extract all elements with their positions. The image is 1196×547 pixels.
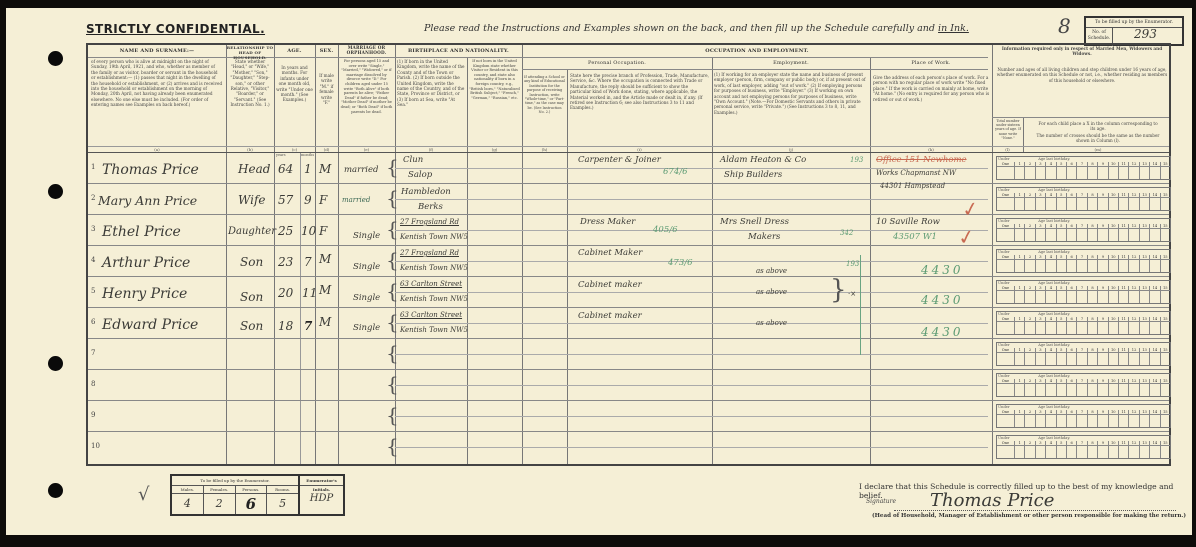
rooms-label: Rooms. xyxy=(267,486,298,493)
age-months[interactable]: 10 xyxy=(301,224,316,238)
age-years[interactable]: 57 xyxy=(278,193,293,207)
enumerator-initials-box: Enumerator's Initials. HDP xyxy=(298,474,345,516)
occupation[interactable]: Dress Maker xyxy=(580,217,635,227)
brace-icon: { xyxy=(386,250,399,270)
header-age: AGE. xyxy=(274,48,315,54)
place-of-work-line1[interactable]: 10 Saville Row xyxy=(876,217,940,227)
females-count[interactable]: 2 xyxy=(204,494,236,514)
brace-icon: { xyxy=(386,157,399,177)
row-number: 2 xyxy=(91,194,95,202)
sex[interactable]: M xyxy=(319,315,331,329)
column-letter: (l) xyxy=(992,147,1023,152)
cross-mark-icon: ·× xyxy=(848,290,856,298)
birthplace-line2[interactable]: Kentish Town NW5 xyxy=(400,326,468,334)
employer-line2[interactable]: Ship Builders xyxy=(724,170,782,180)
person-name[interactable]: Thomas Price xyxy=(102,162,199,178)
persons-label: Persons. xyxy=(236,486,268,493)
child-age-grid: Under Age last birthday.One1234567891011… xyxy=(996,187,1171,211)
age-years[interactable]: 20 xyxy=(278,286,293,300)
header-marriage: MARRIAGE or ORPHANHOOD. xyxy=(338,45,395,55)
females-label: Females. xyxy=(204,486,236,493)
row-number: 5 xyxy=(91,287,95,295)
punch-hole-icon xyxy=(48,356,63,371)
occupation-code: 473/6 xyxy=(668,258,693,268)
row-number: 8 xyxy=(91,380,95,388)
occupation[interactable]: Cabinet maker xyxy=(578,280,642,290)
brace-icon: { xyxy=(386,343,399,363)
age-years[interactable]: 64 xyxy=(278,162,293,176)
signature[interactable]: Thomas Price xyxy=(930,490,1054,511)
age-years-label: years xyxy=(276,153,286,157)
child-age-grid: Under Age last birthday.One1234567891011… xyxy=(996,218,1171,242)
brace-icon: { xyxy=(386,188,399,208)
column-letter: (a) xyxy=(88,147,226,152)
occupation-code: 405/6 xyxy=(653,225,678,235)
column-letter: (f) xyxy=(395,147,467,152)
relationship[interactable]: Son xyxy=(240,290,263,304)
header-children-info: Information required only in respect of … xyxy=(996,46,1168,57)
punch-hole-icon xyxy=(48,483,63,498)
child-age-grid: Under Age last birthday.One1234567891011… xyxy=(996,435,1171,459)
signature-note: (Head of Household, Manager of Establish… xyxy=(872,513,1186,519)
check-mark-icon: ✓ xyxy=(956,224,977,251)
birthplace-line2[interactable]: Kentish Town NW5 xyxy=(400,264,468,272)
header-sex: SEX. xyxy=(315,48,338,54)
column-letter: (b) xyxy=(226,147,274,152)
brace-icon: { xyxy=(386,405,399,425)
household-table: NAME and SURNAME:— RELATIONSHIP to Head … xyxy=(86,43,1171,466)
column-letter: (i) xyxy=(567,147,712,152)
occupation-code: 674/6 xyxy=(663,167,688,177)
brace-icon: { xyxy=(386,374,399,394)
birthplace-line2[interactable]: Kentish Town NW5 xyxy=(400,233,468,241)
green-pencil-line xyxy=(860,255,861,355)
place-of-work-line2[interactable]: 43507 W1 xyxy=(893,232,937,242)
punch-hole-icon xyxy=(48,51,63,66)
brace-icon: { xyxy=(386,436,399,456)
birthplace-line1[interactable]: 63 Carlton Street xyxy=(400,280,462,288)
instructions-child-ages-2: The number of crosses should be the same… xyxy=(1033,133,1163,145)
instructions-age: In years and months. For infants under o… xyxy=(276,65,313,145)
instructions-employment: (1) If working for an employer state the… xyxy=(714,72,868,145)
employer-line1[interactable]: as above xyxy=(756,319,787,327)
marital-status[interactable]: Single xyxy=(353,262,380,272)
instructions-text: Please read the Instructions and Example… xyxy=(424,23,935,34)
place-of-work-line1[interactable]: 4430 xyxy=(921,325,964,339)
sex[interactable]: F xyxy=(319,193,327,207)
brace-icon: { xyxy=(386,312,399,332)
birthplace-line2[interactable]: Salop xyxy=(408,170,432,180)
age-months[interactable]: 11 xyxy=(302,286,317,300)
child-age-grid: Under Age last birthday.One1234567891011… xyxy=(996,280,1171,304)
row-number: 3 xyxy=(91,225,95,233)
employer-line1[interactable]: as above xyxy=(756,288,787,296)
child-age-grid: Under Age last birthday.One1234567891011… xyxy=(996,342,1171,366)
birthplace-line1[interactable]: 27 Frogsland Rd xyxy=(400,249,459,257)
place-of-work-line3[interactable]: 44301 Hampstead xyxy=(880,182,945,190)
row-number: 10 xyxy=(91,442,100,450)
instructions-children: Number and ages of all living children a… xyxy=(996,67,1168,115)
persons-count[interactable]: 6 xyxy=(236,494,268,514)
initials-label: Enumerator's Initials. xyxy=(300,476,343,486)
column-letter: (h) xyxy=(522,147,567,152)
child-age-grid: Under Age last birthday.One1234567891011… xyxy=(996,156,1171,180)
instructions-relationship: State whether "Head," or "Wife," "Mother… xyxy=(228,59,272,145)
person-name[interactable]: Ethel Price xyxy=(102,224,181,240)
form-title: STRICTLY CONFIDENTIAL. xyxy=(86,22,265,36)
place-of-work-line2[interactable]: Works Chapmanst NW xyxy=(876,169,956,177)
employer-line1[interactable]: Mrs Snell Dress xyxy=(720,217,789,227)
enumerator-initials[interactable]: HDP xyxy=(300,486,343,512)
employment-code: 342 xyxy=(840,229,853,237)
census-schedule-page: STRICTLY CONFIDENTIAL. Please read the I… xyxy=(6,8,1192,535)
relationship[interactable]: Son xyxy=(240,255,263,269)
header-relationship: RELATIONSHIP to Head of Household. xyxy=(226,45,274,60)
relationship[interactable]: Daughter xyxy=(228,226,276,237)
age-months[interactable]: 9 xyxy=(304,193,312,207)
marital-status[interactable]: married xyxy=(342,196,370,204)
column-letter: (e) xyxy=(338,147,395,152)
person-name[interactable]: Edward Price xyxy=(102,317,198,333)
birthplace-line1[interactable]: Clun xyxy=(403,155,423,165)
relationship[interactable]: Head xyxy=(238,162,270,176)
place-of-work-line1[interactable]: 4430 xyxy=(921,263,964,277)
employer-line2[interactable]: Makers xyxy=(748,232,780,242)
sex[interactable]: F xyxy=(319,224,327,238)
header-personal-occupation: Personal Occupation. xyxy=(522,60,712,66)
instructions-nationality: If not born in the United Kingdom state … xyxy=(469,59,520,145)
age-months-label: months xyxy=(301,153,314,157)
enumerator-counts-box: To be filled up by the Enumerator. Males… xyxy=(170,474,300,516)
child-age-grid: Under Age last birthday.One1234567891011… xyxy=(996,311,1171,335)
age-months[interactable]: 7 xyxy=(304,319,312,333)
relationship[interactable]: Wife xyxy=(238,193,266,207)
birthplace-line2[interactable]: Kentish Town NW5 xyxy=(400,295,468,303)
child-age-grid: Under Age last birthday.One1234567891011… xyxy=(996,249,1171,273)
instructions-sex: If male write "M." if female write "F." xyxy=(317,73,336,145)
instructions-occupation: State here the precise branch of Profess… xyxy=(570,73,710,145)
place-of-work-line1[interactable]: 4430 xyxy=(921,293,964,307)
rooms-count[interactable]: 5 xyxy=(267,494,298,514)
instructions-ink: in Ink. xyxy=(938,23,969,34)
child-age-grid: Under Age last birthday.One1234567891011… xyxy=(996,373,1171,397)
schedule-number-box: To be filled up by the Enumerator. No. o… xyxy=(1084,16,1184,46)
marital-status[interactable]: Single xyxy=(353,293,380,303)
margin-number: 8 xyxy=(1058,14,1071,38)
age-years[interactable]: 23 xyxy=(278,255,293,269)
header-place-of-work: Place of Work. xyxy=(870,60,992,66)
tick-mark-icon: √ xyxy=(138,484,149,505)
birthplace-line1[interactable]: Hambledon xyxy=(401,187,451,197)
sex[interactable]: M xyxy=(319,252,331,266)
birthplace-line2[interactable]: Berks xyxy=(418,202,443,212)
marital-status[interactable]: married xyxy=(344,165,378,175)
column-letter: (g) xyxy=(467,147,522,152)
row-number: 6 xyxy=(91,318,95,326)
header-birthplace: BIRTHPLACE and NATIONALITY. xyxy=(395,48,522,54)
header-employment: Employment. xyxy=(712,60,870,66)
employment-code: 193 xyxy=(850,156,863,164)
row-number: 1 xyxy=(91,163,95,171)
enumerator-box-label: To be filled up by the Enumerator. xyxy=(172,476,298,486)
column-letter: (j) xyxy=(712,147,870,152)
occupation[interactable]: Carpenter & Joiner xyxy=(578,155,661,165)
marital-status[interactable]: Single xyxy=(353,231,380,241)
row-number: 7 xyxy=(91,349,95,357)
child-age-grid: Under Age last birthday.One1234567891011… xyxy=(996,404,1171,428)
row-number: 9 xyxy=(91,411,95,419)
employer-line1[interactable]: as above xyxy=(756,267,787,275)
males-count[interactable]: 4 xyxy=(172,494,204,514)
instructions-name: of every person who is alive at midnight… xyxy=(91,59,223,145)
header-name: NAME and SURNAME:— xyxy=(88,48,226,54)
person-name[interactable]: Mary Ann Price xyxy=(98,193,197,208)
instructions-place-of-work: Give the address of each person's place … xyxy=(873,75,990,145)
age-months[interactable]: 1 xyxy=(304,162,312,176)
row-number: 4 xyxy=(91,256,95,264)
form-instructions: Please read the Instructions and Example… xyxy=(424,23,969,34)
birthplace-line1[interactable]: 27 Frogsland Rd xyxy=(400,218,459,226)
brace-icon: { xyxy=(386,281,399,301)
relationship[interactable]: Son xyxy=(240,319,263,333)
marital-status[interactable]: Single xyxy=(353,323,380,333)
punch-hole-icon xyxy=(48,184,63,199)
occupation[interactable]: Cabinet Maker xyxy=(578,248,642,258)
group-brace-icon: } xyxy=(830,275,847,305)
instructions-total-children: Total number under sixteen years of age.… xyxy=(993,119,1023,146)
column-letter: (m) xyxy=(1023,147,1173,152)
birthplace-line1[interactable]: 63 Carlton Street xyxy=(400,311,462,319)
age-years[interactable]: 25 xyxy=(278,224,293,238)
sex[interactable]: M xyxy=(319,283,331,297)
brace-icon: { xyxy=(386,219,399,239)
employer-line1[interactable]: Aldam Heaton & Co xyxy=(720,155,806,165)
instructions-birthplace-uk: (1) If born in the United Kingdom, write… xyxy=(397,59,465,145)
employment-code: 193 xyxy=(846,260,859,268)
column-letter: (d) xyxy=(315,147,338,152)
schedule-number[interactable]: 293 xyxy=(1134,27,1157,41)
age-years[interactable]: 18 xyxy=(278,319,293,333)
column-letter: (k) xyxy=(870,147,992,152)
person-name[interactable]: Henry Price xyxy=(102,286,187,302)
occupation[interactable]: Cabinet maker xyxy=(578,311,642,321)
instructions-school: If attending a School or any kind of Edu… xyxy=(524,75,565,145)
sex[interactable]: M xyxy=(319,162,331,176)
instructions-child-ages-1: For each child place a X in the column c… xyxy=(1038,121,1158,131)
person-name[interactable]: Arthur Price xyxy=(102,255,190,271)
age-months[interactable]: 7 xyxy=(304,255,312,269)
column-letter: (c) xyxy=(274,147,315,152)
place-of-work-line1[interactable]: Office 151 Newhome xyxy=(876,155,967,165)
signature-label: Signature xyxy=(866,498,896,505)
instructions-marriage: For persons aged 15 and over write "Sing… xyxy=(340,59,393,145)
males-label: Males. xyxy=(172,486,204,493)
header-occupation-group: OCCUPATION and EMPLOYMENT. xyxy=(522,48,992,54)
